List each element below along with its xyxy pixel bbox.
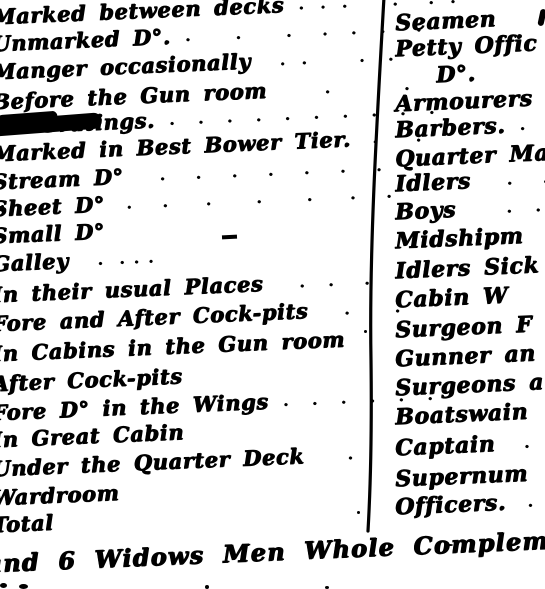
dot-leader: . . . . . . . <box>170 17 423 46</box>
dash-mark <box>222 235 237 240</box>
manuscript-line: Gunner an <box>394 340 536 372</box>
scan-speck <box>1 205 4 208</box>
scan-speck <box>205 585 209 589</box>
line-text: Boys <box>394 196 456 225</box>
dot-leader: . <box>495 433 532 452</box>
manuscript-line: Surgeons a <box>394 369 544 401</box>
dot-leader: . . . . <box>455 194 545 218</box>
line-text: D°. <box>435 60 476 88</box>
line-text: Boatswain <box>394 398 528 430</box>
line-text: Officers. <box>394 489 506 520</box>
manuscript-line: Total <box>0 509 54 538</box>
line-text: Galley <box>0 248 69 276</box>
dot-leader: . <box>505 115 527 134</box>
clipped-glyph-fragment <box>537 9 545 27</box>
dot-leader: . . . . <box>68 248 155 270</box>
clipped-glyph-fragment <box>0 583 7 588</box>
dot-leader: . . . <box>505 489 545 512</box>
scan-speck <box>364 330 367 333</box>
manuscript-line: Boatswain <box>394 398 528 430</box>
scan-speck <box>357 511 360 514</box>
manuscript-line: Petty Offic <box>394 30 537 62</box>
dot-leader: . . . <box>470 167 545 190</box>
line-text: Stream D° <box>0 164 124 194</box>
dot-leader: . . <box>308 298 403 320</box>
line-text: and 6 Widows Men Whole Complement <box>0 523 545 578</box>
manuscript-line: Barbers. . <box>394 111 527 143</box>
manuscript-line: After Cock-pits <box>0 363 183 397</box>
line-text: Gunner an <box>394 340 536 372</box>
line-text: Idlers <box>394 168 471 197</box>
line-text: Supernum <box>394 460 528 492</box>
line-text: Surgeons a <box>394 369 544 401</box>
manuscript-line: Midshipm <box>394 223 523 254</box>
bottom-summary-line: and 6 Widows Men Whole Complement <box>0 525 545 577</box>
line-text: Midshipm <box>394 223 523 254</box>
line-text: Total <box>0 509 54 537</box>
dot-leader: . <box>304 445 355 465</box>
scanned-manuscript-page: Marked between decks . . . . . . Unmarke… <box>0 0 545 589</box>
clipped-glyph-fragment <box>19 584 28 589</box>
line-text: Sheet D° <box>0 191 105 221</box>
scan-speck <box>447 544 453 546</box>
manuscript-line: Captain . <box>394 429 531 461</box>
manuscript-line-ditto: D°. <box>435 60 476 88</box>
dot-leader: . . <box>266 75 411 99</box>
line-text: Cabin W <box>394 282 508 313</box>
manuscript-line: Small D° <box>0 218 105 249</box>
manuscript-line: Cabin W <box>394 282 508 313</box>
manuscript-line: Galley . . . . <box>0 244 156 277</box>
dot-leader: . . . <box>263 270 372 293</box>
manuscript-line: Surgeon F <box>394 311 532 343</box>
line-text: Small D° <box>0 218 105 248</box>
line-text: Idlers Sick <box>394 252 539 284</box>
line-text: Wardroom <box>0 480 120 510</box>
dot-leader: . . . . <box>250 46 395 70</box>
line-text: Captain <box>394 431 495 461</box>
line-text: Barbers. <box>394 112 505 143</box>
line-text: Gratings. <box>39 107 155 137</box>
line-text: After Cock-pits <box>0 363 183 396</box>
line-text: Petty Offic <box>394 30 537 62</box>
manuscript-line: Supernum <box>394 460 528 492</box>
line-text: Surgeon F <box>394 311 532 343</box>
manuscript-line: Idlers Sick <box>394 252 539 284</box>
manuscript-line: Wardroom <box>0 480 120 511</box>
